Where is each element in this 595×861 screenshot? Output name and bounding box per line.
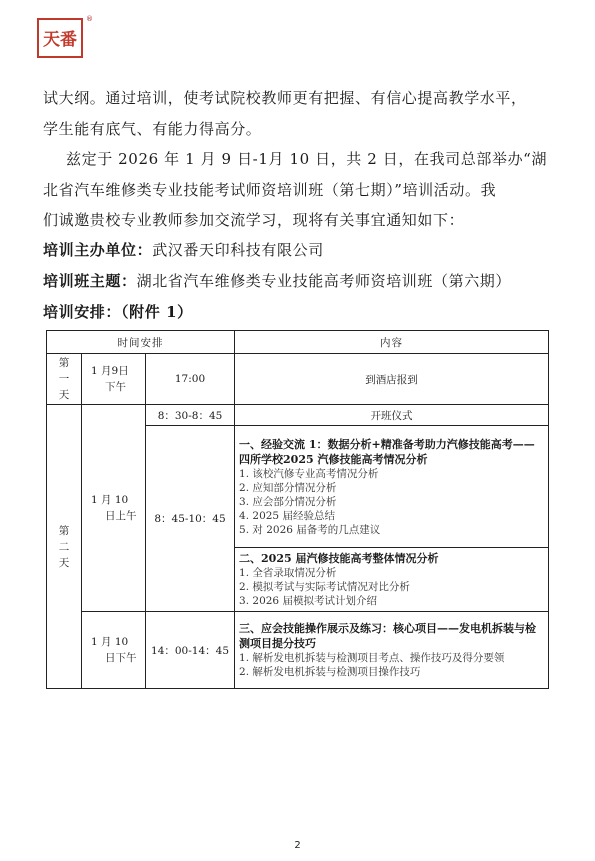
time-cell: 14：00-14：45 [146, 612, 235, 689]
organizer-label: 培训主办单位： [43, 241, 152, 259]
time-cell: 8：45-10：45 [146, 426, 235, 612]
organizer-line: 培训主办单位：武汉番天印科技有限公司 [43, 240, 324, 260]
day-label: 第一天 [47, 354, 82, 405]
paragraph-line: 北省汽车维修类专业技能考试师资培训班（第七期）”培训活动。我 [43, 180, 496, 200]
content-cell: 到酒店报到 [235, 354, 549, 405]
paragraph-line: 试大纲。通过培训，使考试院校教师更有把握、有信心提高教学水平， [43, 88, 527, 108]
paragraph-line: 兹定于 2026 年 1 月 9 日-1月 10 日，共 2 日，在我司总部举办… [66, 149, 547, 169]
content-cell: 二、2025 届汽修技能高考整体情况分析 1. 全省录取情况分析 2. 模拟考试… [235, 548, 549, 612]
date-cell: 1 月 10 日下午 [82, 612, 146, 689]
header-time: 时间安排 [47, 331, 235, 354]
table-row: 1 月 10 日下午 14：00-14：45 三、应会技能操作展示及练习：核心项… [47, 612, 549, 689]
content-cell: 一、经验交流 1：数据分析+精准备考助力汽修技能高考——四所学校2025 汽修技… [235, 426, 549, 548]
table-row: 第二天 1 月 10 日上午 8：30-8：45 开班仪式 [47, 405, 549, 426]
table-row: 第一天 1 月9日 下午 17:00 到酒店报到 [47, 354, 549, 405]
svg-text:天番: 天番 [43, 29, 77, 50]
day-label: 第二天 [47, 405, 82, 689]
paragraph-line: 们诚邀贵校专业教师参加交流学习，现将有关事宜通知如下： [43, 210, 464, 230]
header-content: 内容 [235, 331, 549, 354]
company-logo: 天番 [37, 18, 83, 58]
time-cell: 8：30-8：45 [146, 405, 235, 426]
content-cell: 开班仪式 [235, 405, 549, 426]
time-cell: 17:00 [146, 354, 235, 405]
table-header-row: 时间安排 内容 [47, 331, 549, 354]
date-cell: 1 月 10 日上午 [82, 405, 146, 612]
organizer-value: 武汉番天印科技有限公司 [152, 241, 324, 259]
theme-line: 培训班主题：湖北省汽车维修类专业技能高考师资培训班（第六期） [43, 271, 511, 291]
schedule-heading: 培训安排：（附件 1） [43, 302, 193, 322]
schedule-table: 时间安排 内容 第一天 1 月9日 下午 17:00 到酒店报到 第二天 1 月… [46, 330, 548, 689]
date-cell: 1 月9日 下午 [82, 354, 146, 405]
paragraph-line: 学生能有底气、有能力得高分。 [43, 119, 261, 139]
content-cell: 三、应会技能操作展示及练习：核心项目——发电机拆装与检测项目提分技巧 1. 解析… [235, 612, 549, 689]
page-number: 2 [0, 840, 595, 851]
theme-label: 培训班主题： [43, 272, 137, 290]
theme-value: 湖北省汽车维修类专业技能高考师资培训班（第六期） [137, 272, 511, 290]
registered-mark: ® [86, 15, 93, 23]
